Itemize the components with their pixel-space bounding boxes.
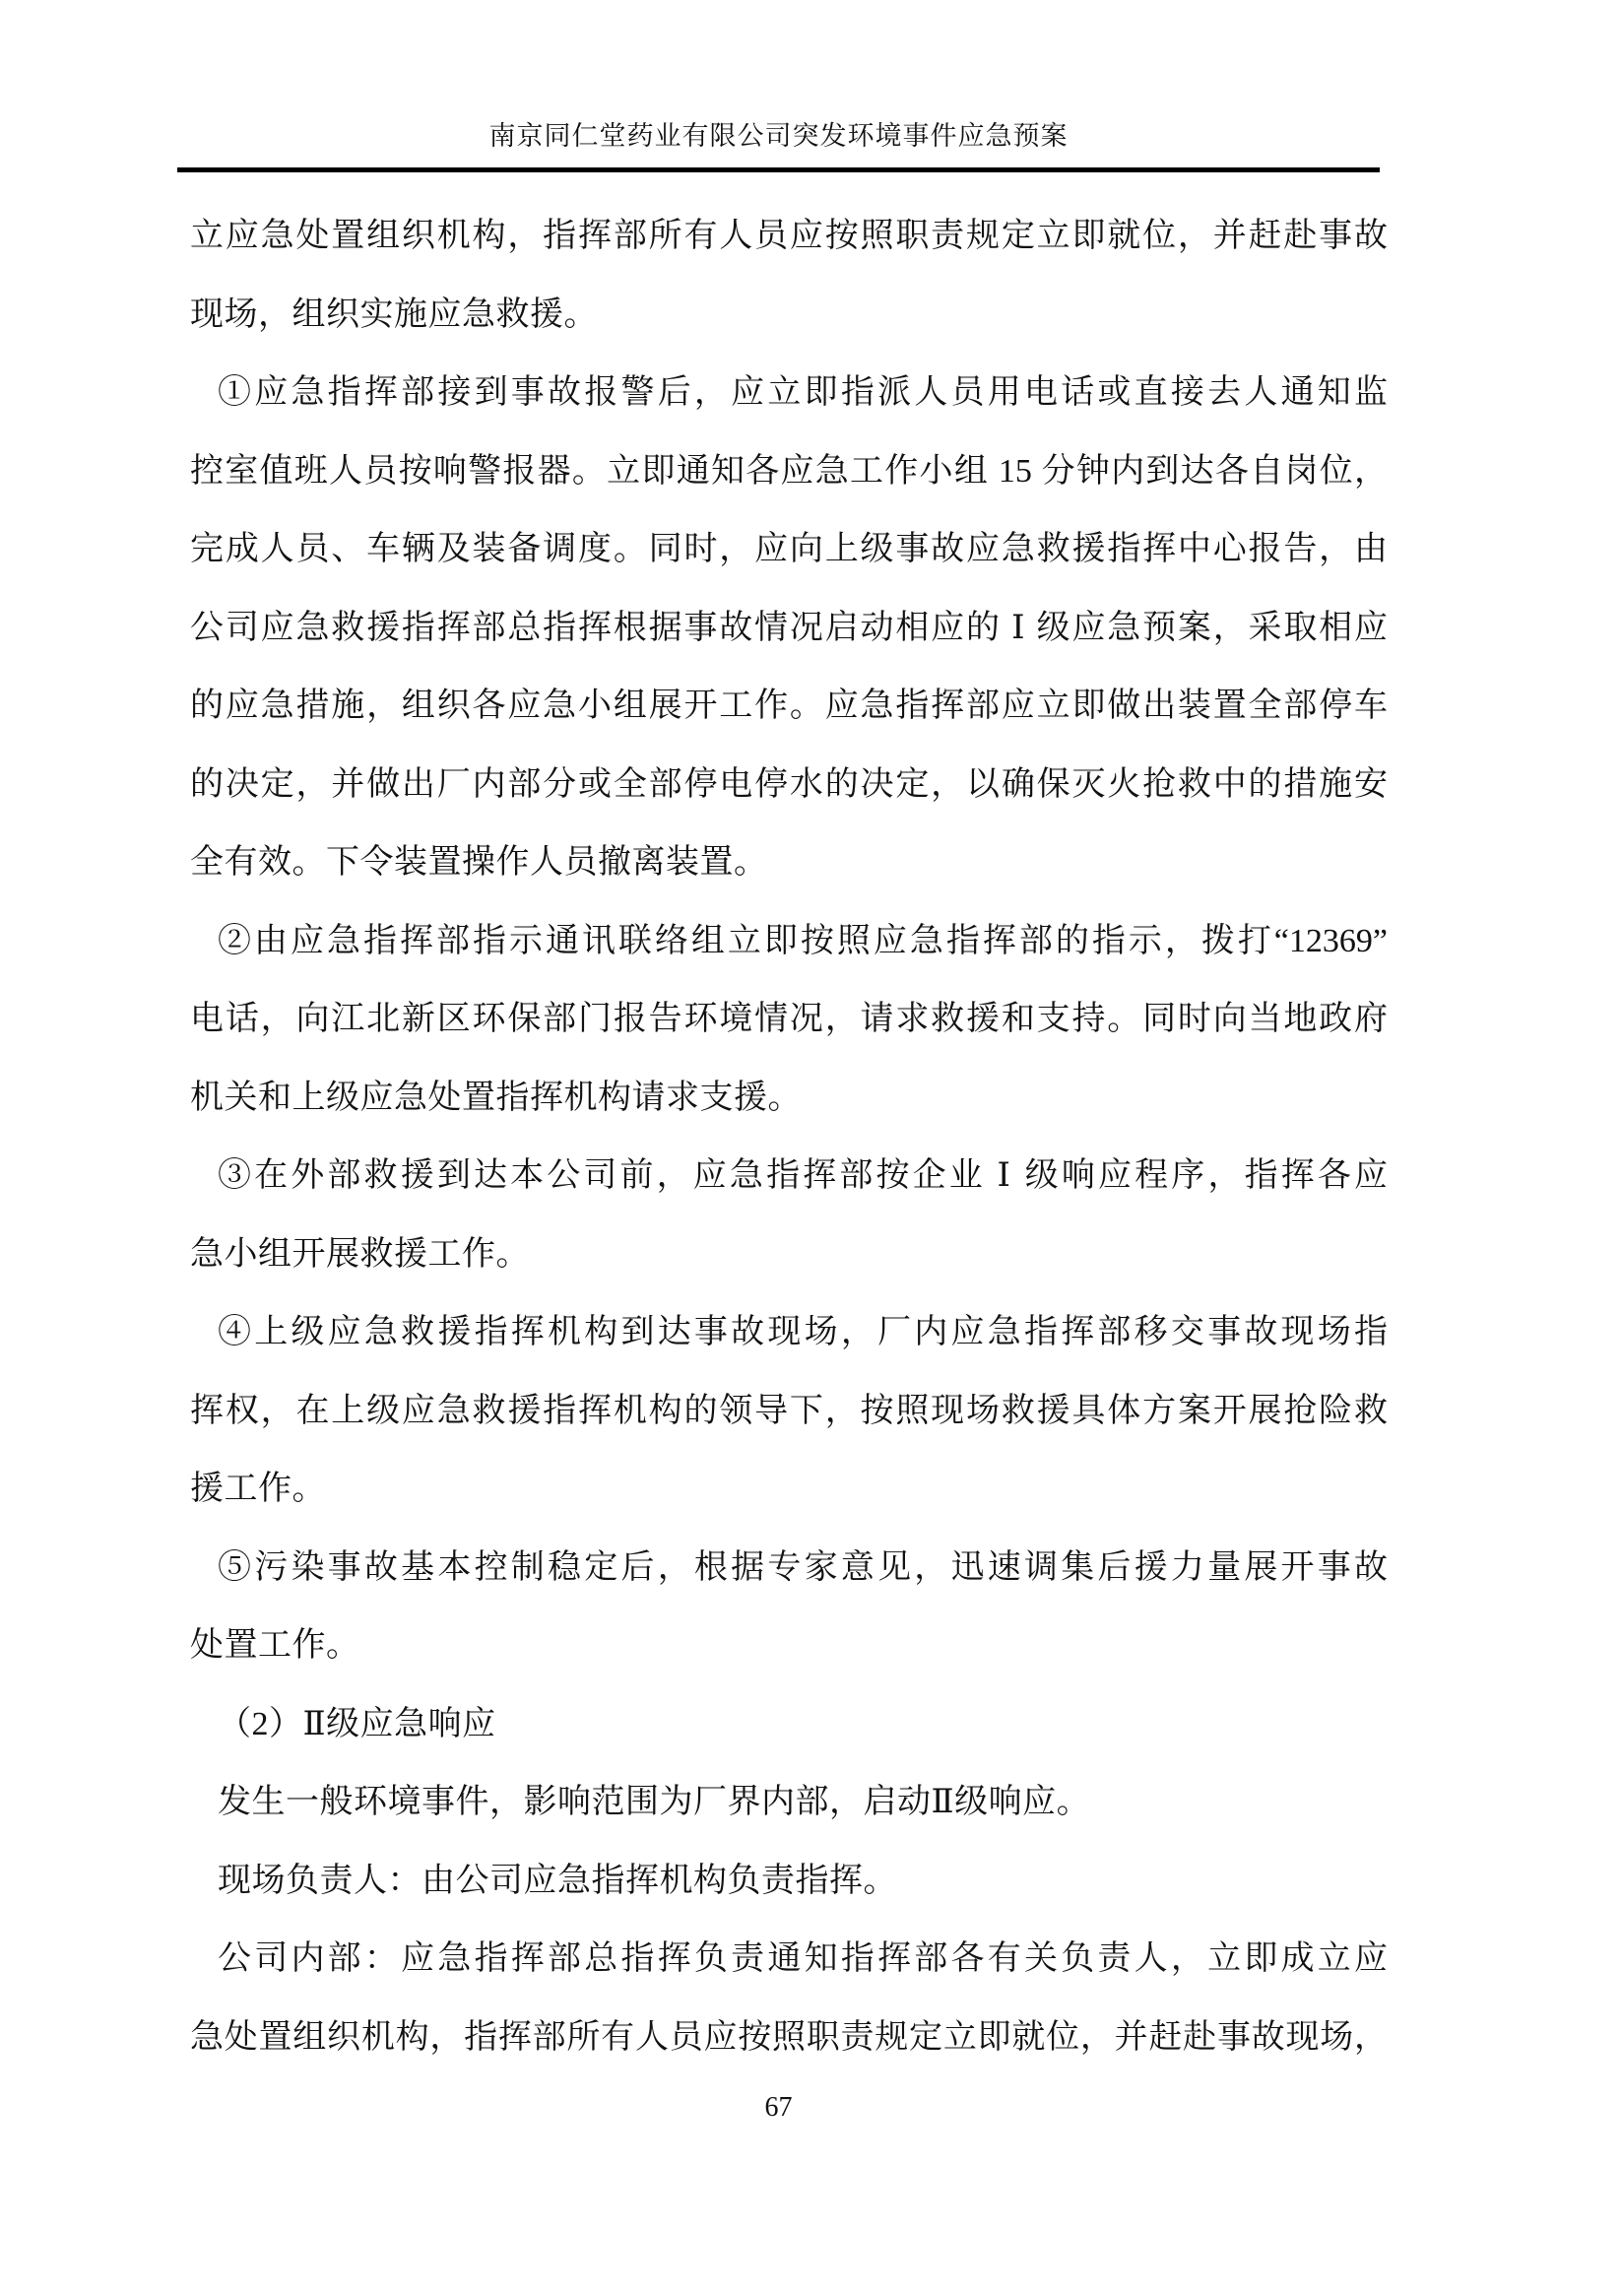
header-rule	[177, 167, 1380, 172]
body-line: 发生一般环境事件，影响范围为厂界内部，启动Ⅱ级响应。	[190, 1763, 1388, 1842]
body-line: 机关和上级应急处置指挥机构请求支援。	[190, 1059, 1388, 1138]
body-line: 的应急措施，组织各应急小组展开工作。应急指挥部应立即做出装置全部停车	[190, 667, 1388, 746]
body-line: 挥权，在上级应急救援指挥机构的领导下，按照现场救援具体方案开展抢险救	[190, 1372, 1388, 1451]
body-line: 现场负责人：由公司应急指挥机构负责指挥。	[190, 1842, 1388, 1921]
body-line: 的决定，并做出厂内部分或全部停电停水的决定，以确保灭火抢救中的措施安	[190, 746, 1388, 824]
page-number: 67	[177, 2092, 1380, 2124]
body-line: ⑤污染事故基本控制稳定后，根据专家意见，迅速调集后援力量展开事故	[190, 1529, 1388, 1607]
body-line: ②由应急指挥部指示通讯联络组立即按照应急指挥部的指示，拨打“12369”	[190, 902, 1388, 981]
body-line: （2）Ⅱ级应急响应	[190, 1685, 1388, 1764]
body-line: 公司应急救援指挥部总指挥根据事故情况启动相应的 Ⅰ 级应急预案，采取相应	[190, 589, 1388, 668]
body-line: 电话，向江北新区环保部门报告环境情况，请求救援和支持。同时向当地政府	[190, 980, 1388, 1059]
body-line: 立应急处置组织机构，指挥部所有人员应按照职责规定立即就位，并赶赴事故	[190, 197, 1388, 276]
page-header-title: 南京同仁堂药业有限公司突发环境事件应急预案	[177, 119, 1380, 153]
body-line: 处置工作。	[190, 1607, 1388, 1685]
document-body: 立应急处置组织机构，指挥部所有人员应按照职责规定立即就位，并赶赴事故现场，组织实…	[190, 197, 1388, 2076]
body-line: 完成人员、车辆及装备调度。同时，应向上级事故应急救援指挥中心报告，由	[190, 510, 1388, 589]
body-line: ④上级应急救援指挥机构到达事故现场，厂内应急指挥部移交事故现场指	[190, 1293, 1388, 1372]
body-line: 现场，组织实施应急救援。	[190, 276, 1388, 355]
body-line: 全有效。下令装置操作人员撤离装置。	[190, 823, 1388, 902]
body-line: 公司内部：应急指挥部总指挥负责通知指挥部各有关负责人，立即成立应	[190, 1920, 1388, 1999]
body-line: ①应急指挥部接到事故报警后，应立即指派人员用电话或直接去人通知监	[190, 354, 1388, 432]
body-line: 援工作。	[190, 1450, 1388, 1529]
body-line: 控室值班人员按响警报器。立即通知各应急工作小组 15 分钟内到达各自岗位，	[190, 432, 1388, 511]
body-line: 急处置组织机构，指挥部所有人员应按照职责规定立即就位，并赶赴事故现场，	[190, 1999, 1388, 2077]
body-line: ③在外部救援到达本公司前，应急指挥部按企业 Ⅰ 级响应程序，指挥各应	[190, 1137, 1388, 1215]
document-page: 南京同仁堂药业有限公司突发环境事件应急预案 立应急处置组织机构，指挥部所有人员应…	[0, 0, 1621, 2296]
body-line: 急小组开展救援工作。	[190, 1215, 1388, 1294]
